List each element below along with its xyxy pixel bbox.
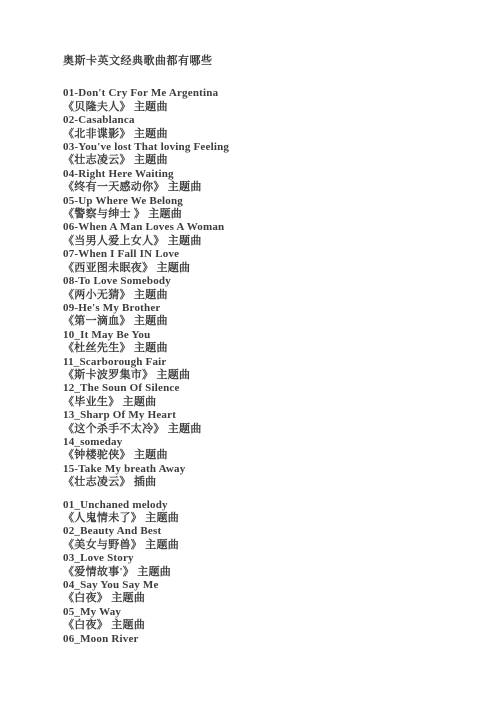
song-title: 15-Take My breath Away xyxy=(63,463,470,476)
movie-subtitle: 《爱情故事'》 主题曲 xyxy=(63,566,470,579)
movie-subtitle: 《毕业生》 主题曲 xyxy=(63,396,470,409)
song-title: 13_Sharp Of My Heart xyxy=(63,409,470,422)
list-item: 04_Say You Say Me 《白夜》 主题曲 xyxy=(63,579,470,606)
song-title: 08-To Love Somebody xyxy=(63,275,470,288)
song-title: 01-Don't Cry For Me Argentina xyxy=(63,87,470,100)
song-title: 02-Casablanca xyxy=(63,114,470,127)
movie-subtitle: 《斯卡波罗集市》 主题曲 xyxy=(63,369,470,382)
list-item: 07-When I Fall IN Love 《西亚图未眠夜》 主题曲 xyxy=(63,248,470,275)
song-title: 11_Scarborough Fair xyxy=(63,356,470,369)
list-item: 01_Unchaned melody 《人鬼情未了》 主题曲 xyxy=(63,499,470,526)
list-item: 09-He's My Brother 《第一滴血》 主题曲 xyxy=(63,302,470,329)
list-item: 10_It May Be You 《杜丝先生》 主题曲 xyxy=(63,329,470,356)
document-page: 奥斯卡英文经典歌曲都有哪些 01-Don't Cry For Me Argent… xyxy=(0,0,500,707)
list-item: 06_Moon River xyxy=(63,633,470,646)
song-title: 06_Moon River xyxy=(63,633,470,646)
song-title: 04-Right Here Waiting xyxy=(63,168,470,181)
list-item: 03_Love Story 《爱情故事'》 主题曲 xyxy=(63,552,470,579)
song-title: 03_Love Story xyxy=(63,552,470,565)
list-item: 05_My Way 《白夜》 主题曲 xyxy=(63,606,470,633)
song-title: 02_Beauty And Best xyxy=(63,525,470,538)
song-title: 14_someday xyxy=(63,436,470,449)
song-title: 04_Say You Say Me xyxy=(63,579,470,592)
movie-subtitle: 《钟楼驼侠》 主题曲 xyxy=(63,449,470,462)
movie-subtitle: 《北非谍影》 主题曲 xyxy=(63,128,470,141)
movie-subtitle: 《贝隆夫人》 主题曲 xyxy=(63,101,470,114)
list-item: 08-To Love Somebody 《两小无猜》 主题曲 xyxy=(63,275,470,302)
song-title: 05_My Way xyxy=(63,606,470,619)
song-title: 05-Up Where We Belong xyxy=(63,195,470,208)
song-title: 01_Unchaned melody xyxy=(63,499,470,512)
song-title: 09-He's My Brother xyxy=(63,302,470,315)
movie-subtitle: 《白夜》 主题曲 xyxy=(63,592,470,605)
list-item: 15-Take My breath Away 《壮志凌云》 插曲 xyxy=(63,463,470,490)
movie-subtitle: 《当男人爱上女人》 主题曲 xyxy=(63,235,470,248)
song-title: 10_It May Be You xyxy=(63,329,470,342)
movie-subtitle: 《终有一天感动你》 主题曲 xyxy=(63,181,470,194)
list-item: 05-Up Where We Belong 《警察与绅士 》 主题曲 xyxy=(63,195,470,222)
movie-subtitle: 《第一滴血》 主题曲 xyxy=(63,315,470,328)
list-item: 12_The Soun Of Silence 《毕业生》 主题曲 xyxy=(63,382,470,409)
movie-subtitle: 《白夜》 主题曲 xyxy=(63,619,470,632)
list-item: 14_someday 《钟楼驼侠》 主题曲 xyxy=(63,436,470,463)
song-section: 01_Unchaned melody 《人鬼情未了》 主题曲 02_Beauty… xyxy=(63,499,470,646)
movie-subtitle: 《两小无猜》 主题曲 xyxy=(63,289,470,302)
list-item: 04-Right Here Waiting 《终有一天感动你》 主题曲 xyxy=(63,168,470,195)
movie-subtitle: 《壮志凌云》 主题曲 xyxy=(63,154,470,167)
list-item: 03-You've lost That loving Feeling 《壮志凌云… xyxy=(63,141,470,168)
song-list: 01-Don't Cry For Me Argentina 《贝隆夫人》 主题曲… xyxy=(63,87,470,646)
movie-subtitle: 《杜丝先生》 主题曲 xyxy=(63,342,470,355)
list-item: 11_Scarborough Fair 《斯卡波罗集市》 主题曲 xyxy=(63,356,470,383)
song-section: 01-Don't Cry For Me Argentina 《贝隆夫人》 主题曲… xyxy=(63,87,470,489)
list-item: 06-When A Man Loves A Woman 《当男人爱上女人》 主题… xyxy=(63,221,470,248)
song-title: 12_The Soun Of Silence xyxy=(63,382,470,395)
list-item: 02_Beauty And Best 《美女与野兽》 主题曲 xyxy=(63,525,470,552)
movie-subtitle: 《警察与绅士 》 主题曲 xyxy=(63,208,470,221)
page-title: 奥斯卡英文经典歌曲都有哪些 xyxy=(63,55,470,68)
list-item: 13_Sharp Of My Heart 《这个杀手不太冷》 主题曲 xyxy=(63,409,470,436)
movie-subtitle: 《西亚图未眠夜》 主题曲 xyxy=(63,262,470,275)
movie-subtitle: 《美女与野兽》 主题曲 xyxy=(63,539,470,552)
song-title: 06-When A Man Loves A Woman xyxy=(63,221,470,234)
list-item: 02-Casablanca 《北非谍影》 主题曲 xyxy=(63,114,470,141)
movie-subtitle: 《人鬼情未了》 主题曲 xyxy=(63,512,470,525)
song-title: 07-When I Fall IN Love xyxy=(63,248,470,261)
movie-subtitle: 《这个杀手不太冷》 主题曲 xyxy=(63,423,470,436)
song-title: 03-You've lost That loving Feeling xyxy=(63,141,470,154)
movie-subtitle: 《壮志凌云》 插曲 xyxy=(63,476,470,489)
list-item: 01-Don't Cry For Me Argentina 《贝隆夫人》 主题曲 xyxy=(63,87,470,114)
